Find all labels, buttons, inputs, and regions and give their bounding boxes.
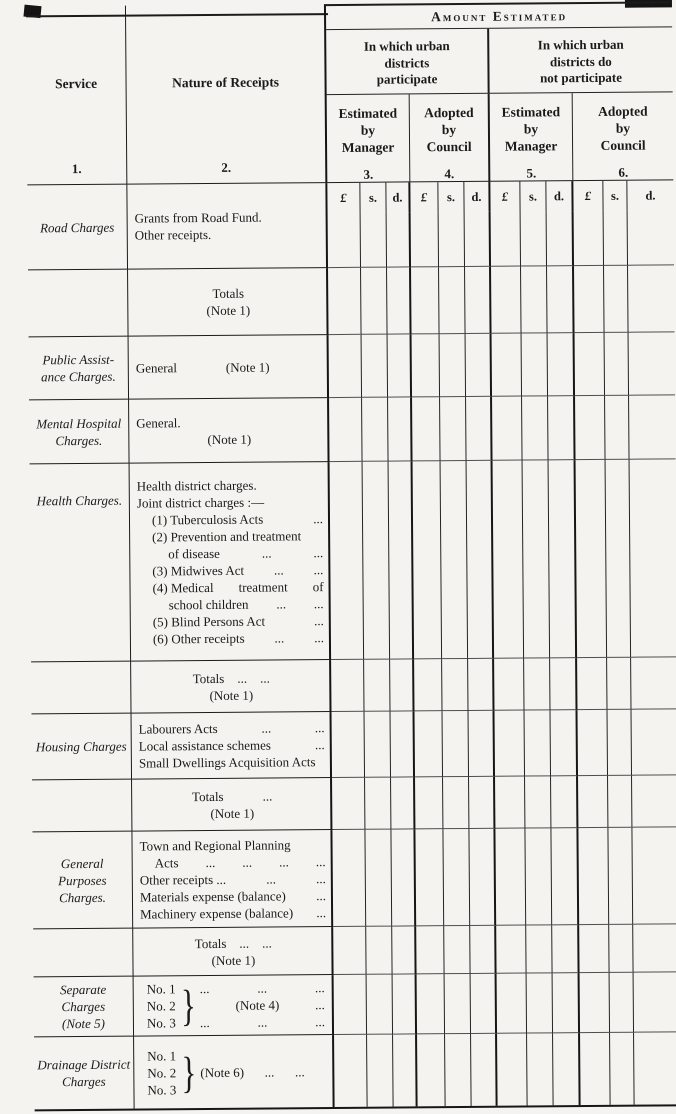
nature-cell: No. 1No. 2No. 3}.........(Note 4).......…	[134, 975, 334, 1037]
money-cell	[524, 658, 550, 710]
money-cell	[575, 396, 606, 460]
nature-segment: ...	[261, 720, 271, 737]
nature-segment: ...	[313, 544, 323, 561]
money-cell	[361, 213, 387, 268]
service-column-header: Service 1.	[26, 6, 127, 186]
money-cell	[413, 461, 443, 659]
nature-line: Small Dwellings Acquisition Acts	[139, 753, 325, 771]
money-cell	[365, 830, 392, 927]
money-cell	[412, 334, 440, 397]
money-cell	[443, 829, 470, 926]
money-cell	[604, 266, 629, 333]
brace-note-lines: (Note 6)......	[200, 1046, 327, 1098]
currency-unit-cell: £	[573, 181, 603, 211]
money-cell	[334, 975, 367, 1035]
nature-segment: treatment	[238, 578, 287, 595]
money-cell	[415, 829, 444, 926]
money-cell	[553, 973, 580, 1033]
nature-segment: ...	[314, 612, 324, 629]
service-label: Housing Charges	[36, 738, 127, 756]
currency-unit-cell: £	[490, 182, 520, 212]
nature-line: (5) Blind Persons Act...	[138, 612, 324, 630]
nature-segment: Materials expense (balance)	[140, 887, 286, 905]
nature-segment: ...	[262, 544, 272, 561]
nature-segment: Other receipts ...	[140, 870, 226, 888]
nature-segment: school children	[169, 595, 249, 613]
note-segment: ...	[265, 1063, 275, 1080]
nature-cell: Labourers Acts......Local assistance sch…	[132, 712, 333, 780]
money-cell	[470, 926, 496, 974]
money-cell	[577, 658, 607, 710]
nature-line: Health district charges.	[137, 476, 323, 494]
grouping-brace: }	[181, 980, 196, 1031]
nature-line: (Note 1)	[139, 804, 325, 822]
nature-cell: Town and Regional PlanningActs..........…	[132, 830, 333, 929]
nature-segment: Acts	[155, 854, 179, 871]
item-number-list: No. 1No. 2No. 3	[147, 1047, 176, 1098]
service-label: General Purposes	[36, 854, 129, 889]
amount-estimated-header: Amount Estimated	[326, 1, 672, 30]
money-cell	[551, 828, 579, 925]
money-cell	[465, 212, 491, 267]
money-cell	[629, 395, 676, 459]
group-header-districts-participate: In which urban districts participate	[326, 29, 490, 95]
money-cell	[575, 333, 605, 396]
item-number-label: No. 1	[147, 1047, 176, 1064]
nature-cell: Grants from Road Fund.Other receipts.	[127, 183, 328, 270]
money-cell	[332, 712, 366, 778]
nature-segment: ...	[315, 719, 325, 736]
money-cell	[522, 396, 549, 460]
note-segment: (Note 4)	[236, 996, 280, 1013]
money-cell	[388, 397, 413, 461]
nature-of-receipts-column-header: Nature of Receipts 2.	[126, 4, 327, 185]
brace-note-line: .........	[200, 1013, 325, 1031]
item-number-label: No. 1	[147, 980, 176, 997]
money-cell	[334, 1035, 368, 1107]
money-cell	[444, 926, 470, 974]
money-cell	[610, 973, 634, 1033]
money-cell	[523, 460, 551, 658]
nature-segment: ...	[279, 853, 289, 870]
currency-unit-label: d.	[554, 189, 564, 204]
subheader-estimated-by-manager-3: Estimated by Manager 3.	[327, 94, 411, 183]
money-cell	[415, 711, 444, 777]
nature-segment: of disease	[168, 544, 220, 561]
money-cell	[415, 777, 443, 829]
service-cell: Health Charges.	[30, 464, 132, 663]
money-cell	[389, 461, 415, 659]
money-cell	[576, 460, 608, 658]
money-cell	[332, 778, 365, 830]
subheader-adopted-by-council-4: Adopted by Council 4.	[410, 94, 491, 183]
money-cell	[632, 775, 676, 827]
nature-cell: General.(Note 1)	[129, 398, 329, 464]
currency-unit-label: d.	[471, 189, 481, 204]
nature-line: (Note 1)	[138, 686, 324, 704]
brace-note-line: (Note 6)......	[200, 1063, 325, 1081]
money-cell	[491, 212, 521, 267]
nature-segment: ...	[316, 870, 326, 887]
currency-unit-label: £	[421, 190, 427, 205]
nature-line: Totals ... ...	[140, 934, 326, 952]
money-cell	[329, 335, 362, 398]
money-cell	[522, 333, 548, 396]
nature-segment: ...	[314, 595, 324, 612]
money-cell	[525, 828, 552, 925]
money-cell	[331, 660, 364, 712]
service-cell: Mental HospitalCharges.	[29, 400, 129, 465]
currency-unit-cell: d.	[546, 181, 573, 211]
nature-line: (3) Midwives Act......	[137, 561, 323, 579]
money-cell	[553, 1033, 581, 1105]
nature-line: Other receipts .........	[140, 870, 326, 888]
nature-line: Totals ...	[139, 787, 325, 805]
nature-segment: ...	[205, 853, 215, 870]
nature-line: (4) Medicaltreatmentof	[137, 578, 323, 596]
money-cell	[391, 829, 416, 926]
service-label: Mental Hospital	[36, 414, 121, 432]
note-segment: ...	[315, 996, 325, 1013]
money-cell	[387, 212, 411, 267]
brace-note-line	[200, 1080, 325, 1098]
nature-line: school children......	[138, 595, 324, 613]
nature-line: Acts............	[140, 853, 326, 871]
nature-line: (2) Prevention and treatment	[137, 527, 323, 545]
money-cell	[634, 1032, 676, 1104]
money-cell	[387, 267, 412, 334]
nature-segment: General	[136, 359, 177, 376]
nature-line: Labourers Acts......	[139, 719, 325, 737]
money-cell	[466, 334, 492, 397]
money-cell	[445, 974, 471, 1034]
service-cell: Drainage DistrictCharges	[34, 1037, 135, 1110]
money-cell	[330, 462, 365, 660]
currency-unit-cell: d.	[386, 182, 410, 212]
service-cell: General PurposesCharges.	[32, 832, 133, 930]
nature-segment: ...	[276, 595, 286, 612]
money-cell	[443, 777, 469, 829]
currency-unit-label: s.	[369, 190, 377, 205]
money-cell	[440, 334, 466, 397]
money-cell	[469, 829, 496, 926]
scanned-form-sheet: Amount Estimated Service 1. Nature of Re…	[0, 0, 676, 1114]
service-cell	[33, 929, 133, 978]
nature-segment: (Note 1)	[226, 358, 270, 375]
subheader-estimated-by-manager-5: Estimated by Manager 5.	[490, 93, 574, 182]
money-cell	[329, 398, 363, 462]
money-cell	[414, 659, 442, 711]
service-label: Health Charges.	[37, 492, 123, 510]
money-cell	[629, 332, 675, 395]
currency-unit-cell: £	[327, 183, 360, 213]
money-cell	[578, 776, 608, 828]
money-cell	[549, 460, 578, 658]
nature-cell: Health district charges.Joint district c…	[130, 462, 332, 662]
nature-cell: General(Note 1)	[129, 335, 329, 400]
nature-segment: (1) Tuberculosis Acts	[152, 510, 263, 528]
brace-note-line	[200, 1046, 325, 1064]
item-number-label: No. 2	[147, 997, 176, 1014]
nature-line: General(Note 1)	[136, 358, 322, 376]
money-cell	[328, 213, 361, 268]
nature-line: (6) Other receipts......	[138, 629, 324, 647]
money-cell	[443, 711, 470, 777]
money-cell	[551, 710, 579, 776]
nature-line: Other receipts.	[135, 225, 321, 243]
nature-line: (Note 1)	[140, 951, 326, 969]
money-cell	[527, 973, 553, 1033]
service-cell: Separate Charges(Note 5)	[34, 977, 134, 1038]
item-number-label: No. 2	[147, 1064, 176, 1081]
nature-segment: ...	[242, 853, 252, 870]
money-cell	[633, 924, 676, 972]
currency-unit-cell: s.	[360, 183, 386, 213]
service-cell: Road Charges	[27, 185, 128, 271]
money-cell	[441, 461, 469, 659]
currency-unit-cell: £	[410, 182, 438, 212]
money-cell	[574, 211, 604, 266]
currency-unit-cell: d.	[627, 180, 673, 210]
money-cell	[495, 777, 525, 829]
money-cell	[608, 828, 633, 925]
note-segment: (Note 6)	[200, 1063, 244, 1080]
money-cell	[390, 659, 414, 711]
service-label: Public Assist-	[42, 351, 114, 369]
money-cell	[367, 975, 393, 1035]
money-cell	[492, 397, 523, 461]
money-cell	[610, 1033, 635, 1105]
currency-unit-label: d.	[392, 190, 402, 205]
nature-segment: ...	[316, 904, 326, 921]
service-cell	[32, 780, 132, 833]
currency-unit-label: s.	[447, 190, 455, 205]
money-cell	[579, 925, 609, 973]
note-segment: ...	[295, 1063, 305, 1080]
nature-segment: ...	[274, 629, 284, 646]
money-cell	[578, 710, 609, 776]
money-cell	[497, 974, 527, 1034]
nature-cell: Totals ... ...(Note 1)	[131, 660, 331, 714]
money-cell	[412, 397, 441, 461]
nature-segment: ...	[314, 561, 324, 578]
nature-segment: ...	[274, 561, 284, 578]
money-cell	[548, 333, 575, 396]
money-cell	[580, 1033, 611, 1105]
money-cell	[606, 460, 632, 658]
money-cell	[548, 396, 576, 460]
service-column-label: Service	[54, 6, 97, 161]
nature-line: Joint district charges :—	[137, 493, 323, 511]
currency-unit-label: d.	[645, 188, 655, 203]
nature-segment: (5) Blind Persons Act	[153, 612, 265, 630]
nature-segment: Machinery expense (balance)	[140, 904, 293, 922]
nature-segment: ...	[314, 629, 324, 646]
money-cell	[608, 776, 632, 828]
money-cell	[333, 927, 366, 975]
subheader-adopted-by-council-6: Adopted by Council 6.	[573, 92, 674, 181]
money-cell	[471, 974, 497, 1034]
nature-cell: No. 1No. 2No. 3}(Note 6)......	[134, 1035, 335, 1109]
service-label: Charges	[62, 1073, 106, 1090]
money-cell	[547, 266, 575, 333]
nature-segment: (6) Other receipts	[153, 629, 245, 647]
money-cell	[439, 212, 465, 267]
nature-segment: (3) Midwives Act	[152, 561, 244, 579]
money-cell	[392, 926, 416, 974]
money-cell	[527, 1033, 554, 1105]
nature-line: Totals ... ...	[138, 669, 324, 687]
money-cell	[411, 212, 439, 267]
money-cell	[525, 776, 551, 828]
money-cell	[367, 1035, 394, 1107]
service-label: ance Charges.	[41, 368, 116, 386]
grouping-brace: }	[181, 1047, 196, 1098]
service-label: Separate Charges	[37, 981, 130, 1016]
money-cell	[628, 265, 675, 332]
money-cell	[550, 658, 577, 710]
money-cell	[439, 267, 466, 334]
money-cell	[362, 335, 388, 398]
currency-unit-cell: s.	[603, 181, 627, 211]
nature-segment: ...	[266, 870, 276, 887]
money-cell	[391, 711, 416, 777]
money-cell	[631, 657, 676, 709]
money-cell	[469, 711, 496, 777]
money-cell	[604, 211, 628, 266]
nature-segment: ...	[315, 736, 325, 753]
money-cell	[366, 927, 392, 975]
money-cell	[364, 660, 390, 712]
money-cell	[521, 211, 547, 266]
note-segment: ...	[257, 1014, 267, 1031]
money-cell	[388, 334, 412, 397]
service-cell: Public Assist-ance Charges.	[29, 337, 129, 401]
brace-note-lines: .........(Note 4)............	[200, 979, 327, 1031]
money-cell	[630, 459, 676, 657]
nature-line: Totals	[135, 284, 321, 302]
brace-note-line: .........	[200, 979, 325, 997]
money-cell	[363, 462, 391, 660]
money-cell	[328, 268, 362, 335]
note-segment: ...	[200, 980, 210, 997]
money-cell	[631, 709, 676, 775]
money-cell	[526, 925, 552, 973]
numbered-items-group: No. 1No. 2No. 3}(Note 6)......	[141, 1037, 328, 1106]
money-cell	[496, 926, 526, 974]
service-cell	[28, 270, 129, 338]
money-cell	[632, 827, 676, 924]
nature-segment: Local assistance schemes	[139, 737, 271, 755]
money-cell	[497, 1034, 528, 1106]
money-cell	[471, 1034, 498, 1106]
money-cell	[493, 461, 525, 659]
money-cell	[393, 1034, 418, 1106]
nature-line: Materials expense (balance)...	[140, 887, 326, 905]
nature-cell: Totals ... ...(Note 1)	[133, 927, 333, 977]
group-header-districts-not-participate: In which urban districts do not particip…	[489, 27, 673, 93]
nature-segment: of	[313, 578, 324, 595]
money-cell	[605, 333, 629, 396]
note-segment: ...	[315, 1013, 325, 1030]
money-cell	[411, 267, 440, 334]
nature-cell: Totals ...(Note 1)	[132, 778, 332, 832]
money-cell	[521, 266, 548, 333]
currency-unit-label: £	[502, 189, 508, 204]
money-cell	[467, 461, 495, 659]
receipts-estimate-table: Amount Estimated Service 1. Nature of Re…	[26, 1, 676, 1111]
service-label: Drainage District	[37, 1056, 130, 1074]
money-cell	[442, 659, 468, 711]
nature-line: (Note 1)	[135, 301, 321, 319]
nature-segment	[318, 358, 321, 375]
nature-cell: Totals(Note 1)	[128, 268, 329, 337]
money-cell	[393, 974, 417, 1034]
money-cell	[469, 777, 495, 829]
nature-segment: Labourers Acts	[139, 720, 218, 738]
money-cell	[491, 267, 522, 334]
money-cell	[466, 397, 493, 461]
service-label: Charges.	[55, 431, 102, 448]
money-cell	[607, 658, 631, 710]
money-cell	[634, 972, 676, 1032]
money-cell	[365, 712, 392, 778]
nature-line: Town and Regional Planning	[139, 836, 325, 854]
note-segment: ...	[200, 1014, 210, 1031]
money-cell	[580, 973, 610, 1033]
money-cell	[465, 267, 492, 334]
money-cell	[605, 396, 630, 460]
nature-line: Machinery expense (balance)...	[140, 904, 326, 922]
money-cell	[551, 776, 578, 828]
money-cell	[416, 926, 444, 974]
nature-column-label: Nature of Receipts	[171, 4, 279, 160]
nature-line: Local assistance schemes...	[139, 736, 325, 754]
money-cell	[525, 710, 552, 776]
service-cell: Housing Charges	[32, 714, 133, 781]
nature-column-number: 2.	[221, 160, 231, 176]
money-cell	[628, 210, 674, 265]
money-cell	[445, 1034, 472, 1106]
money-cell	[492, 334, 522, 397]
money-cell	[417, 1034, 446, 1106]
nature-segment: ...	[316, 887, 326, 904]
nature-line: General.	[136, 413, 322, 431]
note-segment: ...	[257, 980, 267, 997]
service-label: Road Charges	[40, 218, 114, 236]
nature-line: (1) Tuberculosis Acts...	[137, 510, 323, 528]
money-cell	[365, 778, 391, 830]
money-cell	[391, 777, 415, 829]
service-column-number: 1.	[72, 161, 82, 177]
currency-unit-label: £	[340, 190, 346, 205]
money-cell	[609, 925, 633, 973]
item-number-label: No. 3	[147, 1081, 176, 1098]
money-cell	[468, 659, 494, 711]
service-label: (Note 5)	[62, 1015, 105, 1032]
money-cell	[332, 830, 366, 927]
money-cell	[417, 974, 445, 1034]
nature-line: (Note 1)	[136, 430, 322, 448]
service-cell	[31, 662, 131, 715]
money-cell	[440, 397, 467, 461]
currency-unit-cell: s.	[438, 182, 464, 212]
currency-unit-label: s.	[611, 188, 619, 203]
nature-segment: (4) Medical	[152, 578, 213, 595]
item-number-label: No. 3	[147, 1014, 176, 1031]
nature-line: Grants from Road Fund.	[135, 208, 321, 226]
brace-note-line: (Note 4)...	[200, 996, 325, 1014]
